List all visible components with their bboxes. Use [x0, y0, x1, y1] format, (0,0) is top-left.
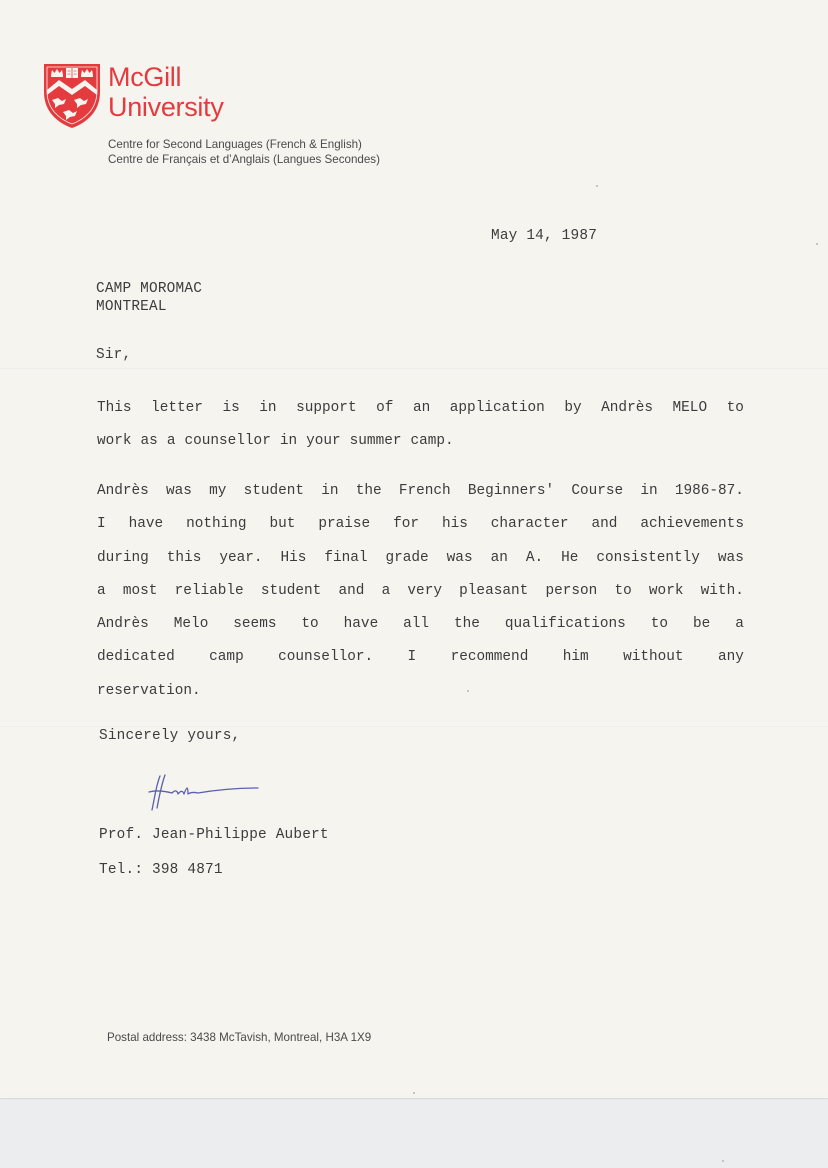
paragraph-line: AndrèswasmystudentintheFrenchBeginners'C…	[97, 475, 744, 508]
university-name-line2: University	[108, 92, 224, 122]
paragraph-line: amostreliablestudentandaverypleasantpers…	[97, 575, 744, 608]
scanned-document: McGill University Centre for Second Lang…	[0, 0, 828, 1168]
paper-fold	[0, 368, 828, 370]
department-name: Centre for Second Languages (French & En…	[108, 137, 380, 167]
university-name-line1: McGill	[108, 62, 224, 92]
department-english: Centre for Second Languages (French & En…	[108, 137, 380, 152]
postal-address: Postal address: 3438 McTavish, Montreal,…	[107, 1031, 371, 1044]
letter-date: May 14, 1987	[491, 228, 597, 244]
paper-speck	[413, 1092, 415, 1094]
paragraph-line: workasacounsellorinyoursummercamp.	[97, 425, 744, 458]
mcgill-crest-icon	[42, 62, 102, 130]
closing: Sincerely yours,	[99, 728, 240, 744]
paper-speck	[596, 185, 598, 187]
department-french: Centre de Français et d’Anglais (Langues…	[108, 152, 380, 167]
paper-speck	[467, 690, 469, 692]
university-name: McGill University	[108, 62, 224, 122]
paragraph-line: dedicatedcampcounsellor.Irecommendhimwit…	[97, 641, 744, 674]
scanner-speck	[722, 1160, 724, 1162]
letter-page: McGill University Centre for Second Lang…	[0, 0, 828, 1098]
paper-speck	[816, 243, 818, 245]
paragraph-1: ThisletterisinsupportofanapplicationbyAn…	[97, 392, 744, 459]
paragraph-2: AndrèswasmystudentintheFrenchBeginners'C…	[97, 475, 744, 708]
signer-name: Prof. Jean-Philippe Aubert	[99, 827, 329, 843]
handwritten-signature-icon	[146, 772, 266, 814]
paragraph-line: duringthisyear.HisfinalgradewasanA.Hecon…	[97, 542, 744, 575]
recipient-line: CAMP MOROMAC	[96, 280, 202, 298]
signer-telephone: Tel.: 398 4871	[99, 862, 223, 878]
paragraph-line: Ihavenothingbutpraiseforhischaracteranda…	[97, 508, 744, 541]
recipient-address: CAMP MOROMAC MONTREAL	[96, 280, 202, 316]
recipient-line: MONTREAL	[96, 298, 202, 316]
paragraph-line: AndrèsMeloseemstohaveallthequalification…	[97, 608, 744, 641]
paragraph-line: reservation.	[97, 675, 744, 708]
paragraph-line: ThisletterisinsupportofanapplicationbyAn…	[97, 392, 744, 425]
salutation: Sir,	[96, 347, 131, 363]
